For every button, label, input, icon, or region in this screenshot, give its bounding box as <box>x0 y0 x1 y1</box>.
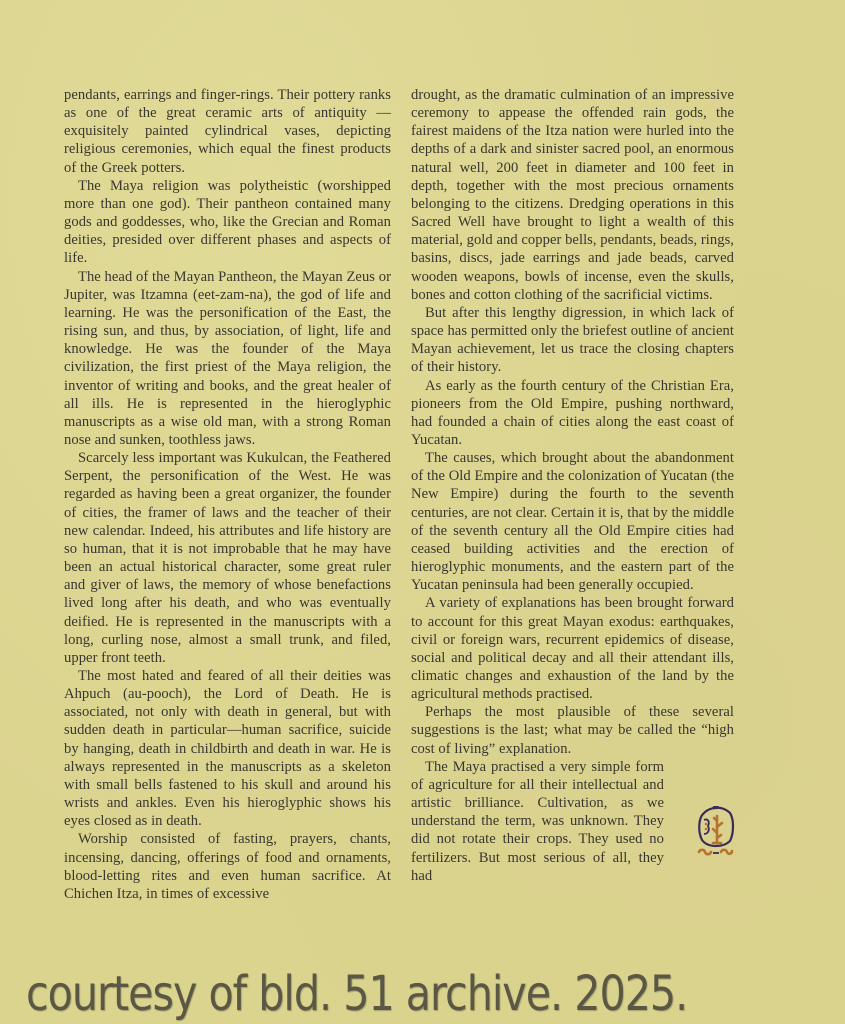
paragraph: Scarcely less important was Kukulcan, th… <box>64 449 391 667</box>
maya-hieroglyph-icon <box>696 806 736 858</box>
paragraph-last-text: The Maya practised a very simple form of… <box>411 759 664 884</box>
paragraph: pendants, earrings and finger-rings. The… <box>64 86 391 177</box>
paragraph: The head of the Mayan Pantheon, the Maya… <box>64 268 391 450</box>
glyph-float <box>674 796 736 858</box>
paragraph: A variety of explanations has been broug… <box>411 594 734 703</box>
paragraph-last: The Maya practised a very simple form of… <box>411 758 734 885</box>
paragraph: The most hated and feared of all their d… <box>64 667 391 830</box>
paragraph: The Maya religion was polytheistic (wors… <box>64 177 391 268</box>
paragraph: The causes, which brought about the aban… <box>411 449 734 594</box>
paragraph: As early as the fourth century of the Ch… <box>411 377 734 450</box>
paragraph: Worship consisted of fasting, prayers, c… <box>64 830 391 903</box>
last-paragraph-block: The Maya practised a very simple form of… <box>411 758 734 885</box>
left-text-column: pendants, earrings and finger-rings. The… <box>64 86 391 903</box>
right-text-column: drought, as the dramatic culmination of … <box>411 86 734 885</box>
scanned-book-page: pendants, earrings and finger-rings. The… <box>0 0 845 1024</box>
paragraph: But after this lengthy digression, in wh… <box>411 304 734 377</box>
paragraph: Perhaps the most plausible of these seve… <box>411 703 734 757</box>
archive-watermark: courtesy of bld. 51 archive. 2025. <box>26 966 687 1022</box>
paragraph: drought, as the dramatic culmination of … <box>411 86 734 304</box>
